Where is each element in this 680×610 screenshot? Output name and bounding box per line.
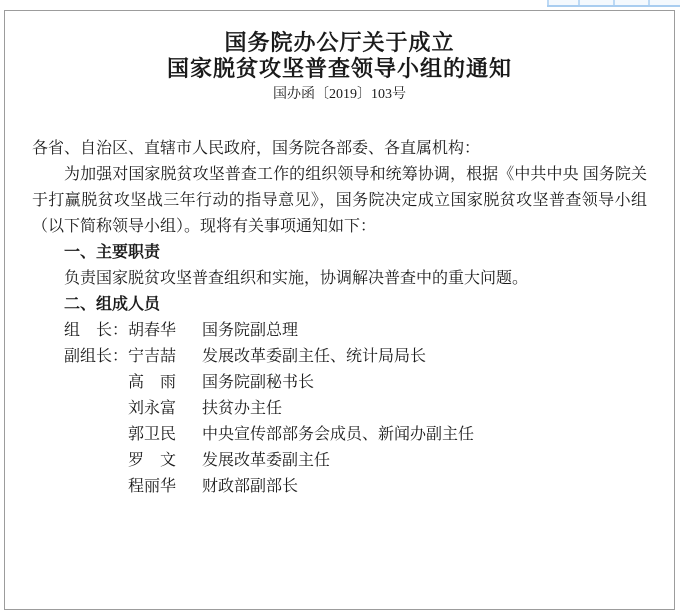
roster-row: 副组长：宁吉喆发展改革委副主任、统计局局长 [32, 344, 647, 370]
roster-name: 郭卫民 [128, 422, 202, 448]
roster-title: 发展改革委副主任 [202, 452, 330, 469]
roster-row: 组 长：胡春华国务院副总理 [32, 318, 647, 344]
document-title-line1: 国务院办公厅关于成立 [5, 30, 674, 56]
roster-row: 郭卫民中央宣传部部务会成员、新闻办副主任 [32, 422, 647, 448]
roster-title: 财政部副部长 [202, 478, 298, 495]
roster-name: 刘永富 [128, 396, 202, 422]
section-2-heading: 二、组成人员 [32, 292, 647, 318]
roster-row: 程丽华财政部副部长 [32, 474, 647, 499]
document-title-line2: 国家脱贫攻坚普查领导小组的通知 [5, 56, 674, 82]
roster-label: 组 长： [64, 318, 128, 344]
toolbar-divider [613, 0, 615, 5]
roster-title: 扶贫办主任 [202, 400, 282, 417]
toolbar-divider [648, 0, 650, 5]
roster-name: 程丽华 [128, 474, 202, 499]
intro-paragraph: 为加强对国家脱贫攻坚普查工作的组织领导和统筹协调，根据《中共中央 国务院关于打赢… [32, 162, 647, 240]
roster: 组 长：胡春华国务院副总理 副组长：宁吉喆发展改革委副主任、统计局局长 高 雨国… [32, 318, 647, 499]
section-1-body: 负责国家脱贫攻坚普查组织和实施，协调解决普查中的重大问题。 [32, 266, 647, 292]
document-page: 国务院办公厅关于成立 国家脱贫攻坚普查领导小组的通知 国办函〔2019〕103号… [4, 10, 675, 499]
roster-title: 国务院副总理 [202, 322, 298, 339]
section-1-heading: 一、主要职责 [32, 240, 647, 266]
document-body: 各省、自治区、直辖市人民政府，国务院各部委、各直属机构： 为加强对国家脱贫攻坚普… [32, 136, 647, 499]
roster-label: 副组长： [64, 344, 128, 370]
roster-name: 胡春华 [128, 318, 202, 344]
roster-title: 发展改革委副主任、统计局局长 [202, 348, 426, 365]
document-number: 国办函〔2019〕103号 [5, 85, 674, 105]
roster-name: 宁吉喆 [128, 344, 202, 370]
roster-title: 中央宣传部部务会成员、新闻办副主任 [202, 426, 474, 443]
salutation: 各省、自治区、直辖市人民政府，国务院各部委、各直属机构： [32, 136, 647, 162]
roster-row: 刘永富扶贫办主任 [32, 396, 647, 422]
roster-name: 高 雨 [128, 370, 202, 396]
roster-row: 高 雨国务院副秘书长 [32, 370, 647, 396]
toolbar-divider [578, 0, 580, 5]
cropped-toolbar-fragment [547, 0, 680, 7]
roster-title: 国务院副秘书长 [202, 374, 314, 391]
roster-name: 罗 文 [128, 448, 202, 474]
roster-row: 罗 文发展改革委副主任 [32, 448, 647, 474]
toolbar-divider [547, 0, 549, 5]
